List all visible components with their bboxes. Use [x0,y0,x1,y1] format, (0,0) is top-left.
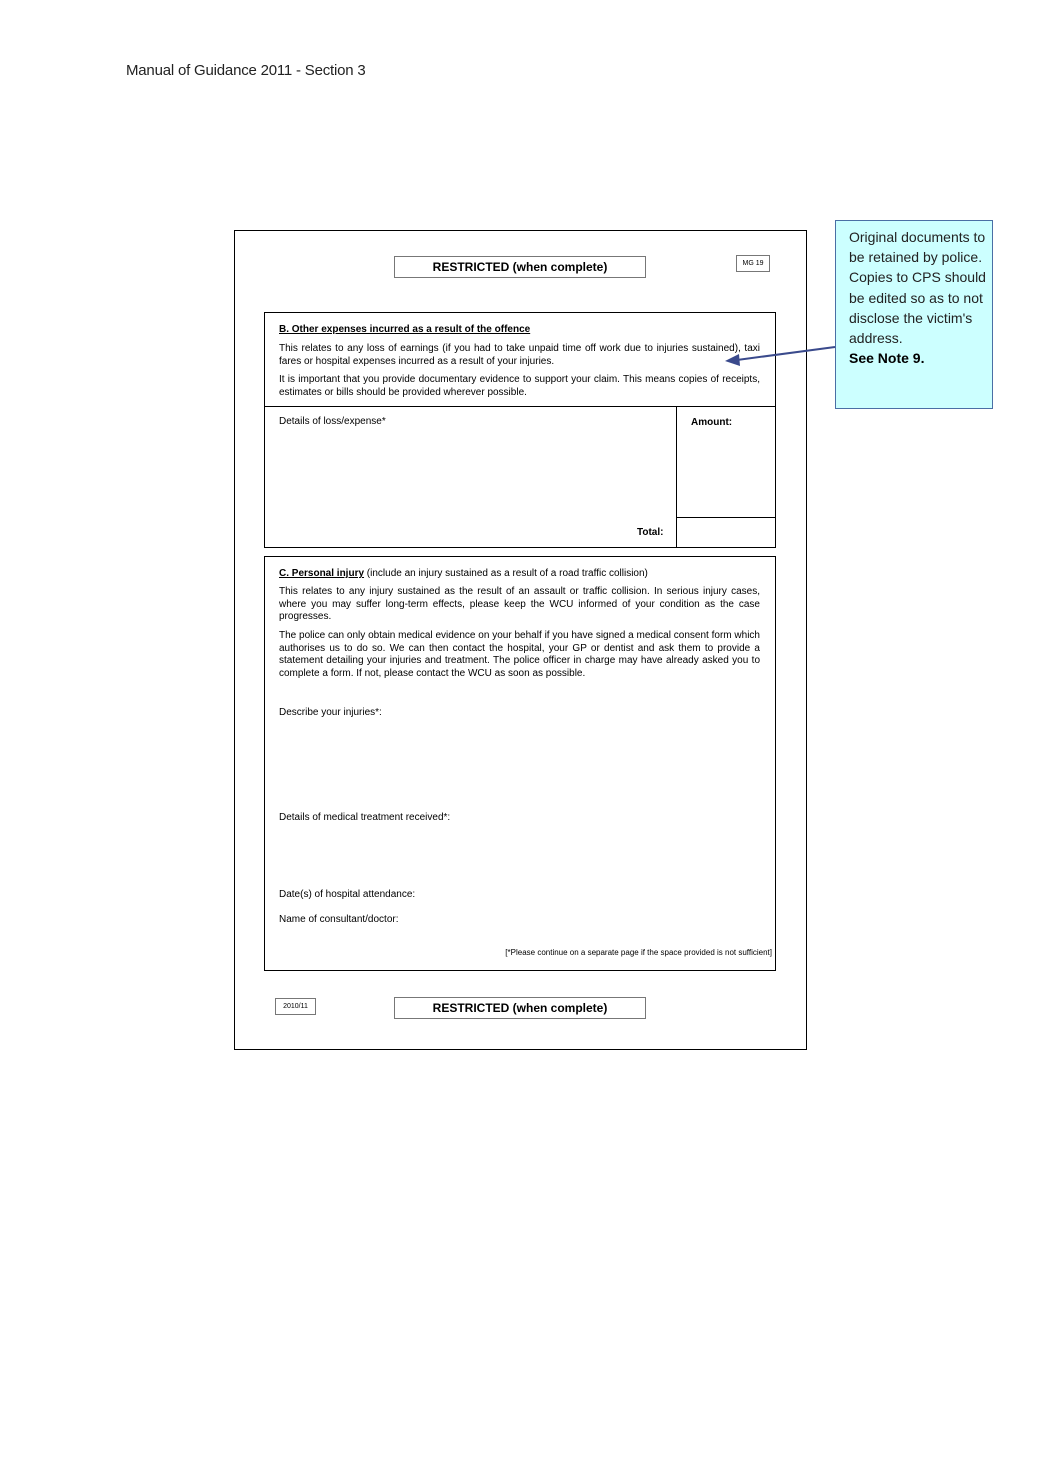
hospital-attendance-label: Date(s) of hospital attendance: [279,889,415,902]
total-row-divider [676,517,776,518]
form-code-badge: MG 19 [736,255,770,272]
section-c-heading-suffix: (include an injury sustained as a result… [364,568,648,579]
section-c-paragraph-2: The police can only obtain medical evide… [279,630,760,680]
amount-label: Amount: [691,417,732,428]
restricted-banner-top: RESTRICTED (when complete) [394,256,646,278]
amount-field[interactable] [680,432,772,514]
loss-details-label: Details of loss/expense* [279,416,386,429]
section-c-paragraph-1: This relates to any injury sustained as … [279,586,760,624]
callout-text: Original documents to be retained by pol… [849,227,986,348]
section-c-heading: C. Personal injury [279,568,364,579]
callout-note-reference: See Note 9. [849,348,986,368]
injuries-label: Describe your injuries*: [279,707,382,720]
medical-treatment-label: Details of medical treatment received*: [279,812,450,825]
amount-column-divider [676,406,677,548]
medical-treatment-field[interactable] [279,828,759,883]
callout-note: Original documents to be retained by pol… [835,220,993,409]
document-header-title: Manual of Guidance 2011 - Section 3 [126,62,366,79]
hospital-attendance-field[interactable] [430,887,760,903]
section-b-paragraph-2: It is important that you provide documen… [279,374,760,399]
section-c-heading-row: C. Personal injury (include an injury su… [279,568,648,579]
consultant-field[interactable] [410,912,760,928]
section-b-paragraph-1: This relates to any loss of earnings (if… [279,343,760,368]
loss-details-field[interactable] [270,432,670,512]
injuries-field[interactable] [279,724,759,804]
restricted-banner-bottom: RESTRICTED (when complete) [394,997,646,1019]
form-version-badge: 2010/11 [275,998,316,1015]
total-field[interactable] [680,520,772,545]
total-label: Total: [637,527,663,538]
continue-note: [*Please continue on a separate page if … [440,948,772,957]
consultant-label: Name of consultant/doctor: [279,914,399,927]
section-b-heading: B. Other expenses incurred as a result o… [279,324,530,335]
